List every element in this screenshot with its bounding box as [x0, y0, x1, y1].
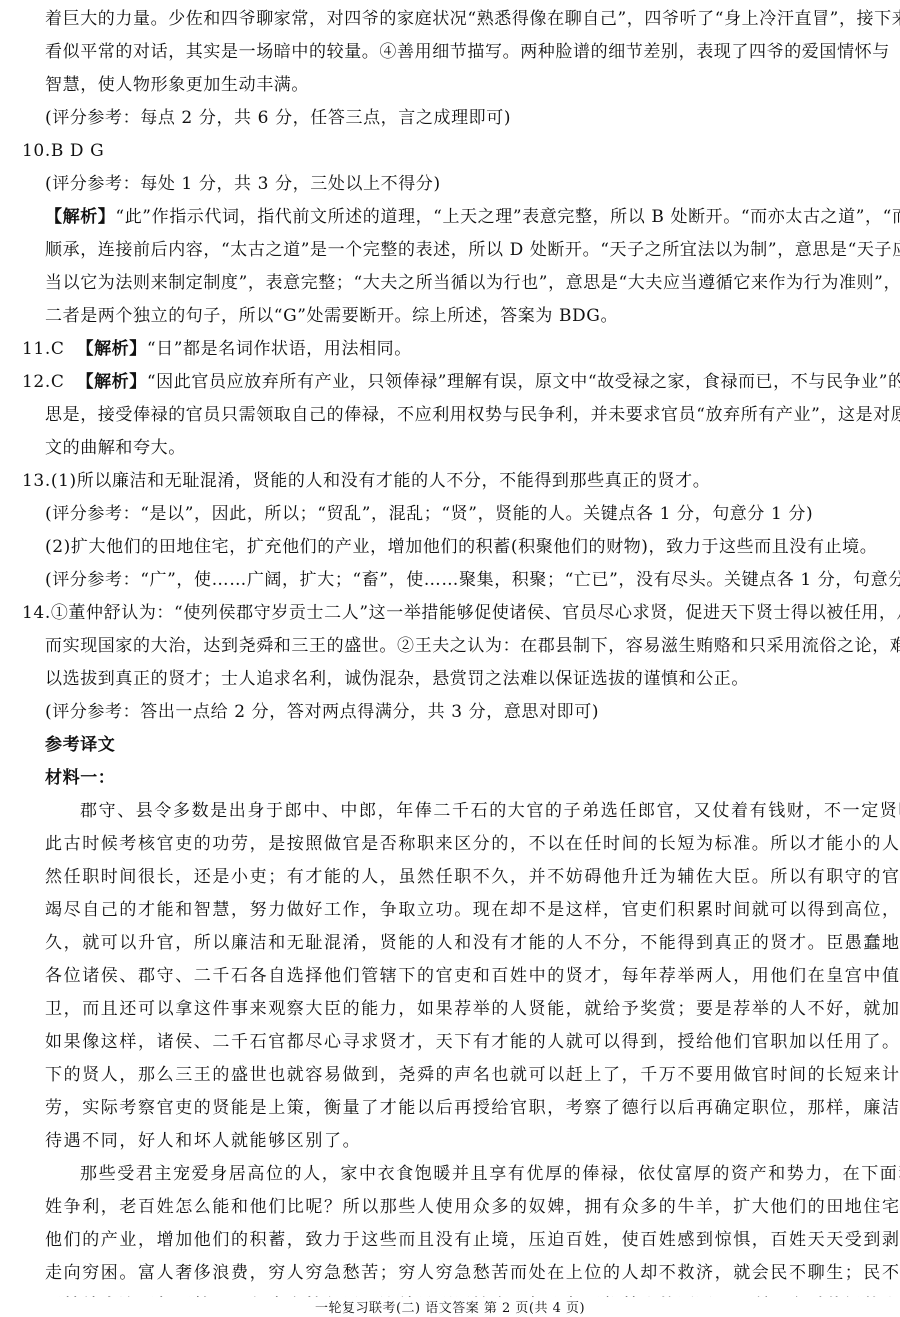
translation-line: 姓争利，老百姓怎么能和他们比呢？所以那些人使用众多的奴婢，拥有众多的牛羊，扩大他… [45, 1196, 880, 1218]
scoring-note: (评分参考：答出一点给 2 分，答对两点得满分，共 3 分，意思对即可) [45, 701, 880, 723]
translation-line: 竭尽自己的才能和智慧，努力做好工作，争取立功。现在却不是这样，官吏们积累时间就可… [45, 899, 880, 921]
answer-q13-part1: 13.(1)所以廉洁和无耻混淆，贤能的人和没有才能的人不分，不能得到那些真正的贤… [22, 470, 880, 492]
answer-q13-part2: (2)扩大他们的田地住宅，扩充他们的产业，增加他们的积蓄(积聚他们的财物)，致力… [45, 536, 880, 558]
paragraph-line: 着巨大的力量。少佐和四爷聊家常，对四爷的家庭状况“熟悉得像在聊自己”，四爷听了“… [45, 8, 880, 30]
paragraph-line: 看似平常的对话，其实是一场暗中的较量。④善用细节描写。两种脸谱的细节差别，表现了… [45, 41, 880, 63]
translation-line: 各位诸侯、郡守、二千石各自选择他们管辖下的官吏和百姓中的贤才，每年荐举两人，用他… [45, 965, 880, 987]
answer-q10: 10.B D G [22, 140, 880, 162]
page-footer: 一轮复习联考(二) 语文答案 第 2 页(共 4 页) [0, 1297, 900, 1316]
scoring-note: (评分参考：“是以”，因此，所以；“贸乱”，混乱；“贤”，贤能的人。关键点各 1… [45, 503, 880, 525]
translation-line: 他们的产业，增加他们的积蓄，致力于这些而且没有止境，压迫百姓，使百姓感到惊惧，百… [45, 1229, 880, 1251]
scoring-note: (评分参考：“广”，使……广阔，扩大；“畜”，使……聚集，积聚；“亡已”，没有尽… [45, 569, 880, 591]
analysis-tag: 【解析】 [76, 339, 146, 359]
answer-key-page: 着巨大的力量。少佐和四爷聊家常，对四爷的家庭状况“熟悉得像在聊自己”，四爷听了“… [0, 0, 900, 1317]
answer-q12: 12.C 【解析】“因此官员应放弃所有产业，只领俸禄”理解有误，原文中“故受禄之… [22, 371, 880, 393]
translation-line: 劳，实际考察官吏的贤能是上策，衡量了才能以后再授给官职，考察了德行以后再确定职位… [45, 1097, 880, 1119]
translation-line: 下的贤人，那么三王的盛世也就容易做到，尧舜的声名也就可以赶上了，千万不要用做官时… [45, 1064, 880, 1086]
analysis-line: 【解析】“此”作指示代词，指代前文所述的道理，“上天之理”表意完整，所以 B 处… [45, 206, 880, 228]
translation-line: 那些受君主宠爱身居高位的人，家中衣食饱暖并且享有优厚的俸禄，依仗富厚的资产和势力… [80, 1163, 880, 1185]
scoring-note: (评分参考：每点 2 分，共 6 分，任答三点，言之成理即可) [45, 107, 880, 129]
analysis-tag: 【解析】 [76, 372, 146, 392]
analysis-line: 思是，接受俸禄的官员只需领取自己的俸禄，不应利用权势与民争利，并未要求官员“放弃… [45, 404, 880, 426]
translation-line: 此古时候考核官吏的功劳，是按照做官是否称职来区分的，不以在任时间的长短为标准。所… [45, 833, 880, 855]
translation-line: 待遇不同，好人和坏人就能够区别了。 [45, 1130, 880, 1152]
analysis-line: 二者是两个独立的句子，所以“G”处需要断开。综上所述，答案为 BDG。 [45, 305, 880, 327]
analysis-tag: 【解析】 [45, 207, 115, 227]
analysis-line: 文的曲解和夸大。 [45, 437, 880, 459]
translation-line: 然任职时间很长，还是小吏；有才能的人，虽然任职不久，并不妨碍他升迁为辅佐大臣。所… [45, 866, 880, 888]
analysis-line: 当以它为法则来制定制度”，表意完整；“大夫之所当循以为行也”，意思是“大夫应当遵… [45, 272, 880, 294]
translation-line: 郡守、县令多数是出身于郎中、中郎，年俸二千石的大官的子弟选任郎官，又仗着有钱财，… [80, 800, 880, 822]
translation-line: 卫，而且还可以拿这件事来观察大臣的能力，如果荐举的人贤能，就给予奖赏；要是荐举的… [45, 998, 880, 1020]
section-heading: 参考译文 [45, 734, 880, 756]
answer-line: 而实现国家的大治，达到尧舜和三王的盛世。②王夫之认为：在郡县制下，容易滋生贿赂和… [45, 635, 880, 657]
scoring-note: (评分参考：每处 1 分，共 3 分，三处以上不得分) [45, 173, 880, 195]
answer-q11: 11.C 【解析】“日”都是名词作状语，用法相同。 [22, 338, 880, 360]
translation-line: 久，就可以升官，所以廉洁和无耻混淆，贤能的人和没有才能的人不分，不能得到真正的贤… [45, 932, 880, 954]
analysis-line: 顺承，连接前后内容，“太古之道”是一个完整的表述，所以 D 处断开。“天子之所宜… [45, 239, 880, 261]
translation-line: 如果像这样，诸侯、二千石官都尽心寻求贤才，天下有才能的人就可以得到，授给他们官职… [45, 1031, 880, 1053]
answer-q14: 14.①董仲舒认为：“使列侯郡守岁贡士二人”这一举措能够促使诸侯、官员尽心求贤，… [22, 602, 880, 624]
answer-line: 以选拔到真正的贤才；士人追求名利，诚伪混杂，悬赏罚之法难以保证选拔的谨慎和公正。 [45, 668, 880, 690]
material-label: 材料一： [45, 767, 880, 789]
paragraph-line: 智慧，使人物形象更加生动丰满。 [45, 74, 880, 96]
translation-line: 走向穷困。富人奢侈浪费，穷人穷急愁苦；穷人穷急愁苦而处在上位的人却不救济，就会民… [45, 1262, 880, 1284]
